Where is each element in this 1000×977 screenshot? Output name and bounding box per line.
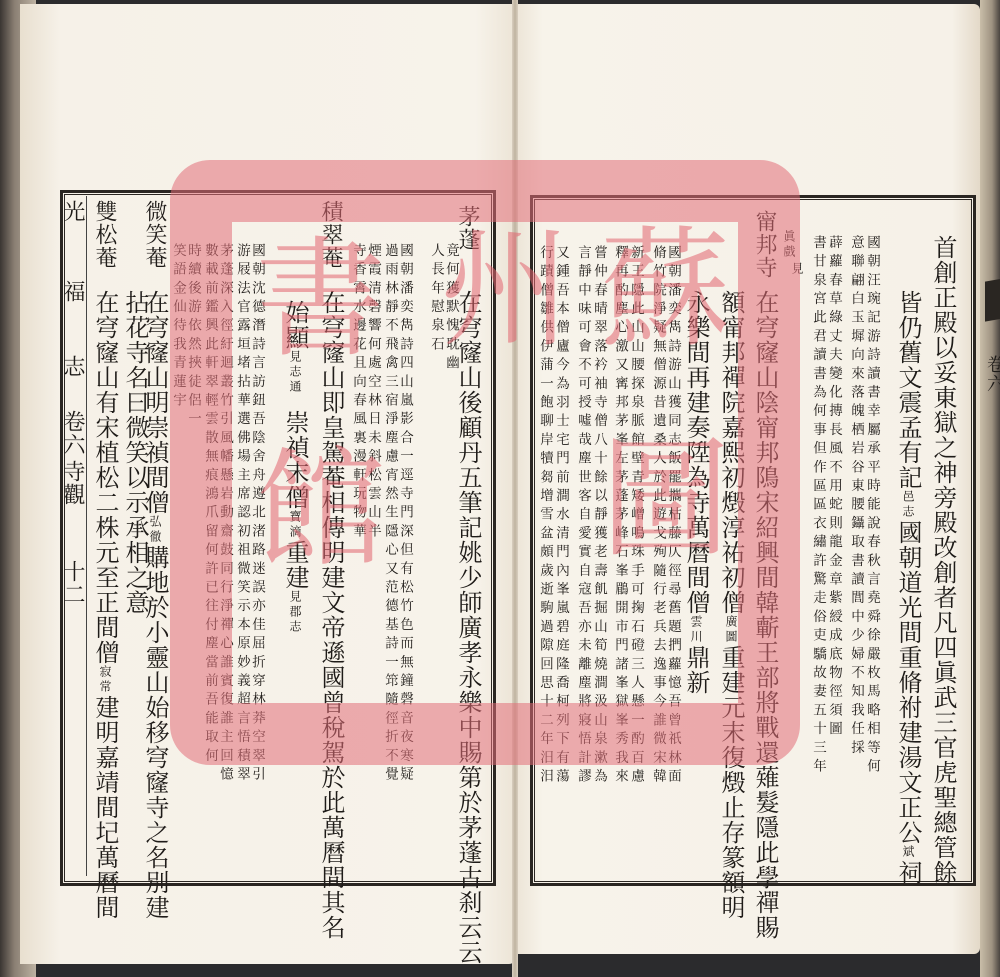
entry-title: 積翠菴 (318, 200, 342, 269)
book-spine (512, 0, 518, 977)
poem-column: 過雨林靜不飛禽三宿淨塵慮宵然生隱心又范德基詩一筇隨徑折不覺 (382, 243, 397, 785)
poem-column: 意聯翩白玉墀向來落魄栖岩谷東腰鑷取書讀閭中少婦不知我任採 (848, 235, 863, 759)
fold-marker (985, 278, 1000, 321)
poem-column: 煙霞清磬響何處空林日未斜松雲山半 (365, 243, 380, 542)
poem-column: 言靜中味可會不可授噓哉塵世客自愛實自寇吾亦未離塵將寢悟計謬 (575, 245, 590, 787)
entry-body: 在穹窿山有宋植松二株元至正間僧寂常建明嘉靖間圮萬曆間 (92, 290, 118, 920)
entry-title: 雙松菴 (92, 200, 116, 269)
poem-column: 游屐法官露垣堵拈華選佛場主席認初祖微笑示本原妙義超言悟積翠 (234, 243, 249, 785)
chapter-label-right: 卷六 (982, 355, 1000, 393)
poem-column: 笑語金仙待我青蓮宇 (170, 243, 185, 411)
entry-body: 在穹窿山後顧丹五筆記姚少師廣孝永樂中賜第於茅蓬古刹云云 (455, 290, 481, 965)
poem-column: 國朝潘奕雋詩游山獲同志飯罷攜枯藤仄徑尋舊題捫蘿憶吾曾祇林面 (665, 245, 680, 787)
poem-column: 時續後游依然挾徒侶一 (185, 243, 200, 430)
poem-column: 數載前鑑興此軒翠輕雲散無痕鴻爪留何許已往付塵當前吾能取何 (202, 243, 217, 767)
poem-column: 又鍾吾本僧廬今為羽士宅門前澗水清門內峯嵐碧庭隆喬柯列下有蕩 (553, 245, 568, 787)
entry-note: 始顯見志通 (282, 300, 308, 395)
entry-body: 在穹窿山明崇禎間僧弘徹購地於小靈山始移穹窿寺之名別建 (142, 290, 168, 920)
poem-column: 嘗仲春晴翠落衿袖寺僧八十餘以靜獲老壽飢掘山筍燒澗汲山泉漱為 (591, 245, 606, 787)
poem-column: 茅蓬深入徑紆迴叢竹引風幡懸岩動齋鼓同行淨禪心誰賓復誰主回憶 (217, 243, 232, 785)
book-edge-right (980, 0, 1000, 977)
poem-column: 行蹟僧雛供伊蒲一飽聊岸犢芻增雪盆頗歲逝駒過隙回思十二年汨汨 (537, 245, 552, 787)
poem-column: 薜蘿春草綠丈夫變化摶長風不用蛇則龍金章紫綬成底物徑須圖 (826, 235, 841, 740)
entry-note: 見 (790, 262, 804, 277)
poem-column: 寺香霄水邊花且向春風裏漫軒玩物華 (350, 243, 365, 542)
entry-note: 眞戲 (782, 230, 796, 260)
book-title-char: 福 (60, 280, 84, 303)
poem-column: 國朝汪琬記游詩讀書幸屬承平時能說春秋言堯舜徐嚴枚馬略相等何 (864, 235, 879, 777)
poem-column: 國朝潘奕雋詩四山嵐影合一逕寺門深但有松竹色而無鐘磬音夜寒疑 (397, 243, 412, 785)
entry-body: 首創正殿以妥東獄之神旁殿改創者凡四眞武三官虎聖總管餘 (930, 235, 956, 885)
entry-note: 崇禎末僧寶滴重建見郡志 (282, 410, 308, 635)
entry-title: 微笑菴 (142, 200, 166, 269)
poem-column: 脩竹院淨疑無僧源昔遺桑人於此遊戈殉隨行老兵去逸事今誰微宋韓 (650, 245, 665, 787)
entry-body: 額甯邦禪院嘉熙初燬淳祐初僧廣圖重建元末復燬止存篆額明 (718, 290, 744, 920)
book-title-char: 志 (60, 355, 84, 378)
poem-column: 新王隱此山山腰探泉脈館壁青矮嶒鳴珠手可掬石磴三人懸一酌百慮 (628, 245, 643, 787)
entry-title: 甯邦寺 (752, 210, 776, 279)
entry-body: 在穹窿山即皇駕菴相傳明建文帝遜國曾稅駕於此萬曆間其名 (318, 290, 344, 940)
book-title-char: 光 (60, 200, 84, 223)
entry-body: 在穹窿山陰甯邦隝宋紹興間韓蘄王部將戰還薙髮隱此學禪賜 (752, 290, 778, 940)
entry-body: 永樂間再建奏陞為寺萬曆間僧雲川鼎新 (683, 290, 709, 695)
entry-body: 皆仍舊文震孟有記邑志國朝道光間重脩祔建湯文正公斌祠 (895, 290, 921, 885)
poem-column: 釋再酌塵心激又寗邦茅峯左茅蓬茅峰石峯鶥開市門諸峯獄峯秀我來 (612, 245, 627, 787)
chapter-label: 卷六 (60, 410, 84, 456)
margin-rule (86, 196, 87, 876)
poem-column: 國朝沈德潛詩言訪鈕吾陰舍舟遵北渚路迷誤亦佳屈折穿林莽空翠引 (249, 243, 264, 785)
page-number: 十二 (60, 560, 84, 606)
entry-title: 茅蓬 (455, 205, 479, 251)
poem-column: 書甘泉宮此君讀書為何事但作區區衣繡許驚走俗吏驕故妻五十三年 (810, 235, 825, 777)
poem-column: 人長年慰泉石 (428, 243, 443, 355)
section-label: 寺觀 (60, 460, 84, 506)
